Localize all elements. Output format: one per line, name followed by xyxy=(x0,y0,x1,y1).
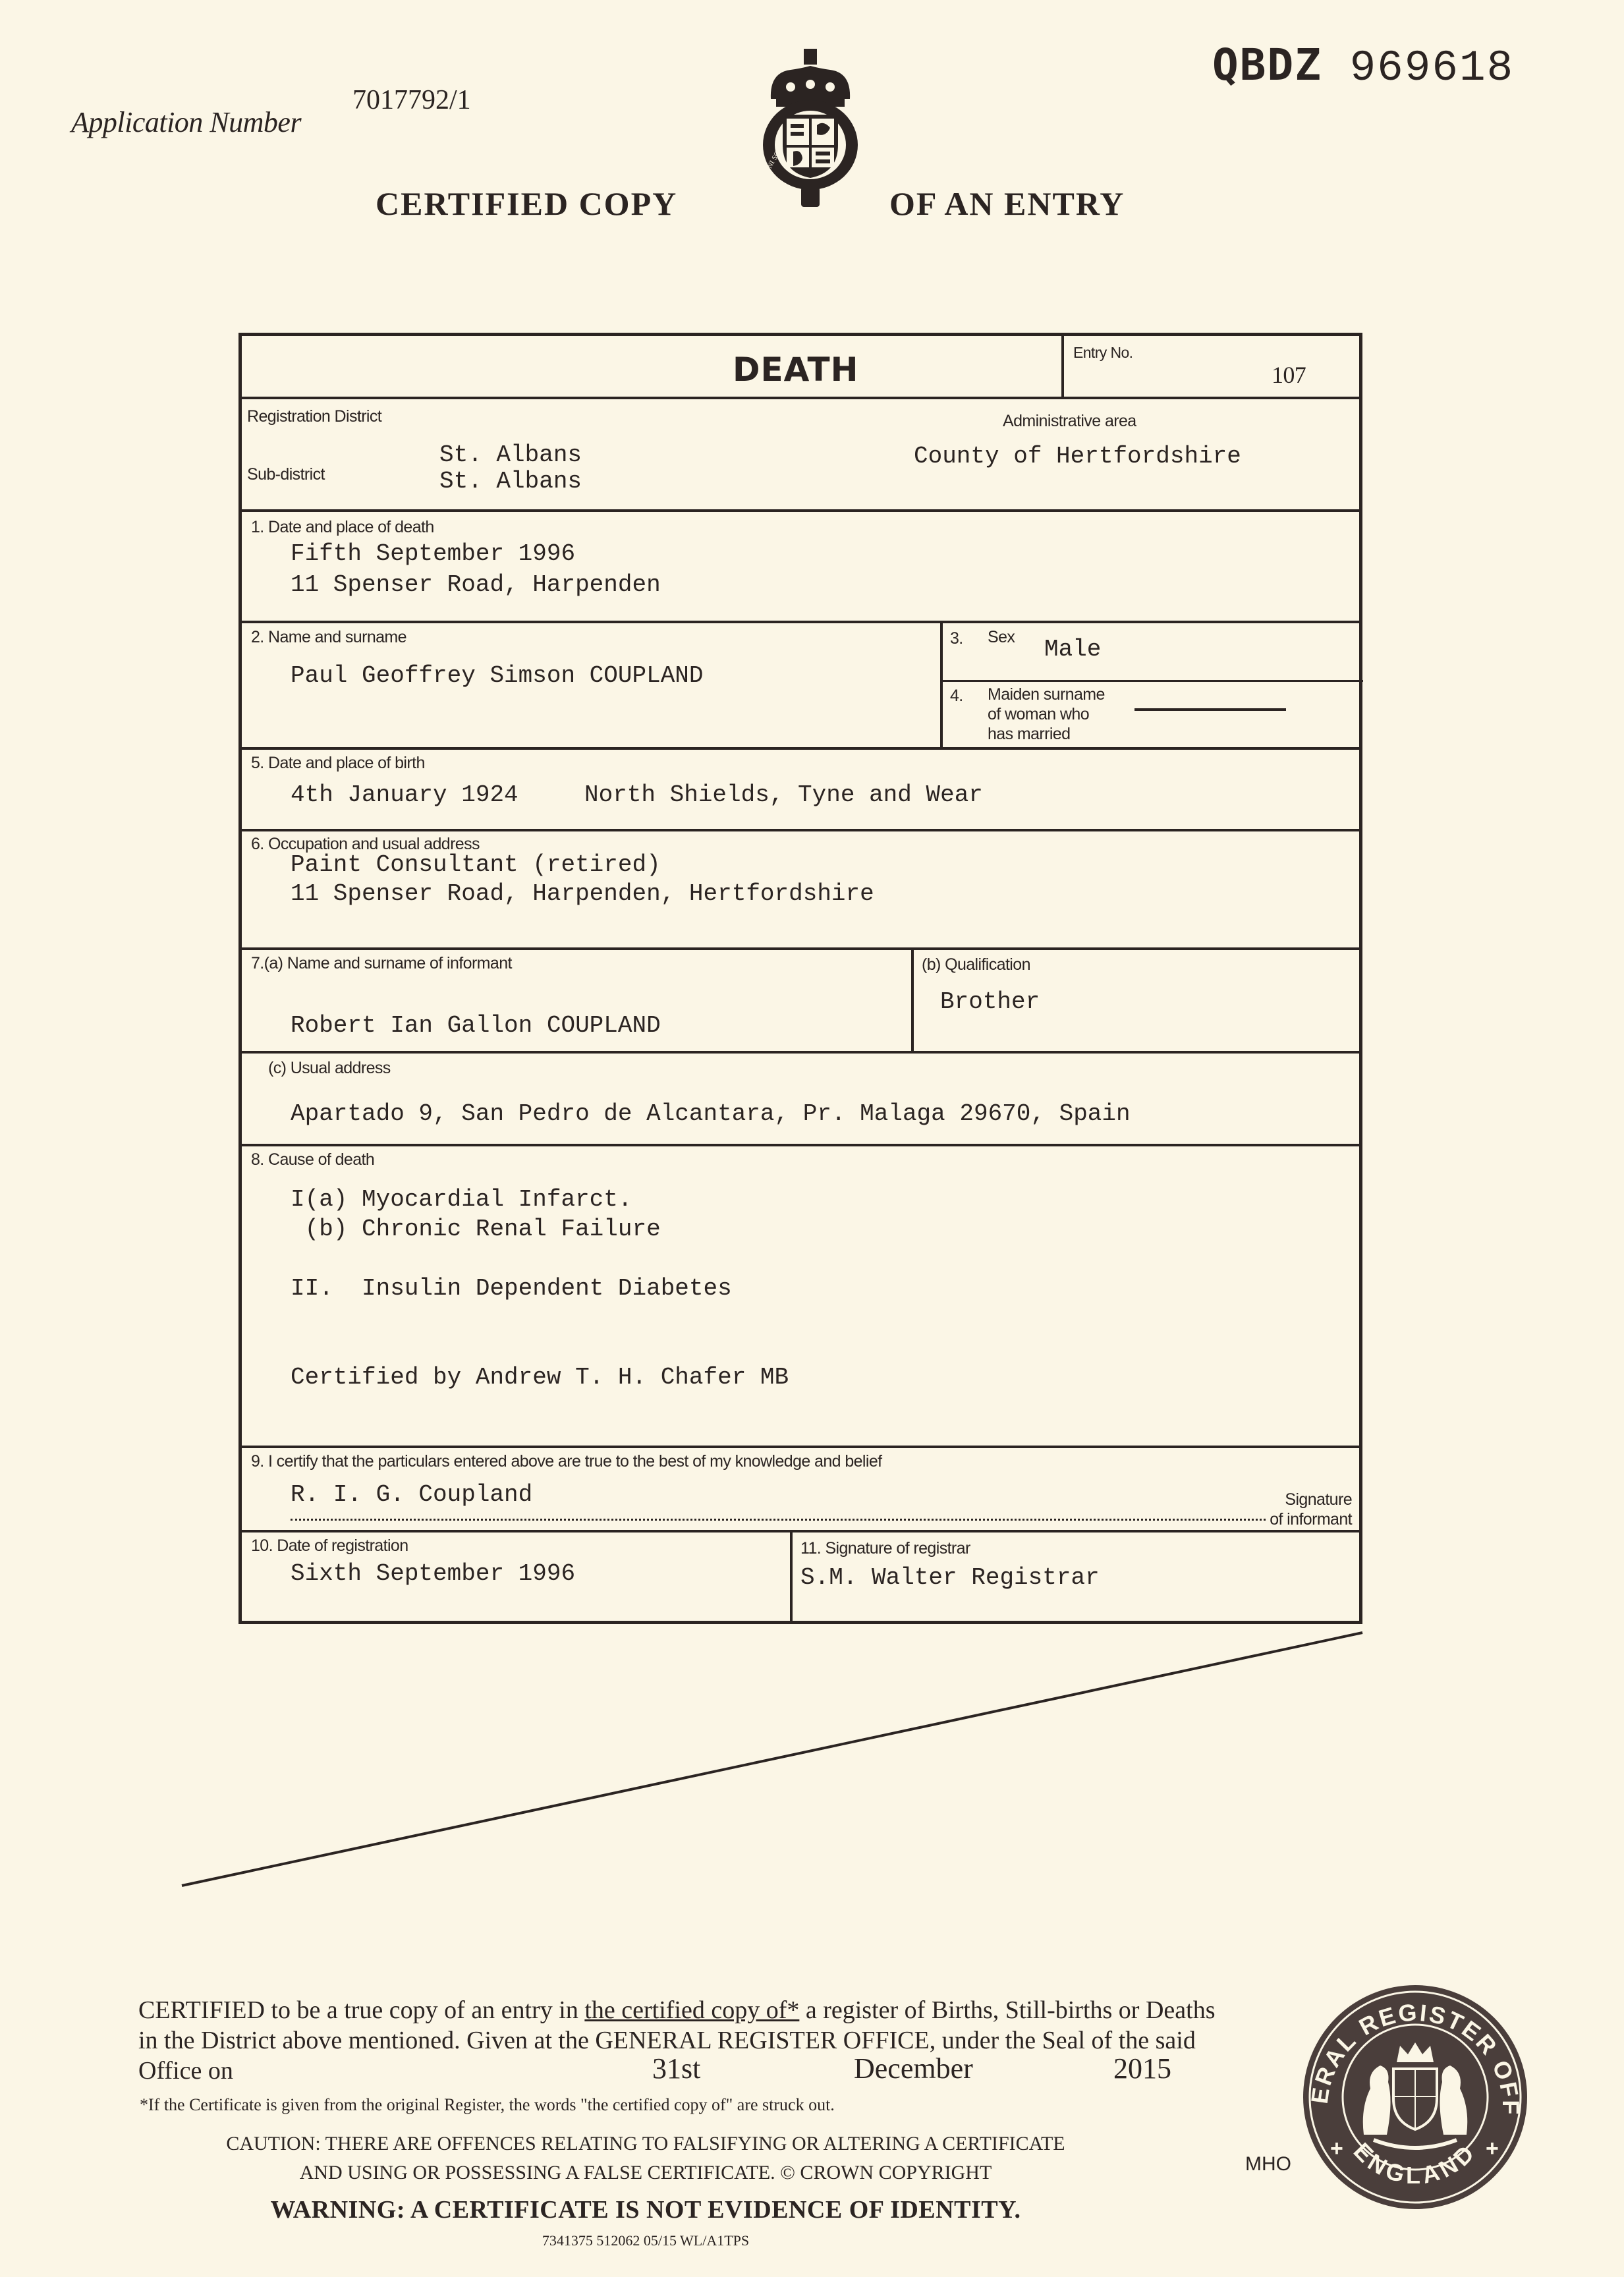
name-and-surname: Paul Geoffrey Simson COUPLAND xyxy=(291,662,704,689)
form-type-title: DEATH xyxy=(733,351,858,389)
sex-value: Male xyxy=(1044,636,1101,663)
certified-copy-title: CERTIFIED COPY xyxy=(376,184,677,223)
royal-crest-icon: HONI SOIT xyxy=(751,46,870,211)
informant-address: Apartado 9, San Pedro de Alcantara, Pr. … xyxy=(291,1100,1131,1127)
serial-digits: 969618 xyxy=(1350,43,1515,93)
usual-address: 11 Spenser Road, Harpenden, Hertfordshir… xyxy=(291,880,874,907)
field3-label: Sex xyxy=(988,628,1015,647)
field8-label: 8. Cause of death xyxy=(251,1150,374,1169)
field7a-label: 7.(a) Name and surname of informant xyxy=(251,954,512,973)
caution-line2: AND USING OR POSSESSING A FALSE CERTIFIC… xyxy=(138,2158,1153,2187)
sub-district-value: St. Albans xyxy=(439,468,582,495)
divider xyxy=(242,947,1362,950)
divider xyxy=(941,680,1363,682)
divider xyxy=(242,747,1362,750)
caution-line1: CAUTION: THERE ARE OFFENCES RELATING TO … xyxy=(138,2129,1153,2158)
registration-district-label: Registration District xyxy=(247,407,381,426)
entry-no-label: Entry No. xyxy=(1073,344,1133,362)
place-of-death: 11 Spenser Road, Harpenden xyxy=(291,571,661,598)
issue-month: December xyxy=(854,2052,973,2085)
field9-label: 9. I certify that the particulars entere… xyxy=(251,1452,882,1471)
sub-district-label: Sub-district xyxy=(247,465,325,484)
administrative-area-value: County of Hertfordshire xyxy=(914,443,1241,470)
registration-district-value: St. Albans xyxy=(439,441,582,468)
place-of-birth: North Shields, Tyne and Wear xyxy=(584,781,983,808)
certified-by: Certified by Andrew T. H. Chafer MB xyxy=(291,1364,789,1391)
cert-text-underlined: the certified copy of* xyxy=(584,1996,799,2024)
field5-label: 5. Date and place of birth xyxy=(251,754,425,773)
date-of-death: Fifth September 1996 xyxy=(291,540,575,567)
application-number-label: Application Number xyxy=(71,105,301,139)
field2-label: 2. Name and surname xyxy=(251,628,406,647)
field3-number: 3. xyxy=(950,629,963,648)
warning-notice: WARNING: A CERTIFICATE IS NOT EVIDENCE O… xyxy=(138,2195,1153,2224)
cause-of-death-1a: I(a) Myocardial Infarct. xyxy=(291,1186,632,1213)
divider xyxy=(242,509,1362,512)
field11-label: 11. Signature of registrar xyxy=(800,1539,970,1558)
field7b-label: (b) Qualification xyxy=(922,955,1030,974)
divider xyxy=(790,1531,793,1623)
general-register-office-seal-icon: GENERAL REGISTER OFFICE ENGLAND + + xyxy=(1301,1983,1529,2211)
svg-text:+: + xyxy=(1486,2136,1499,2161)
divider xyxy=(242,397,1362,399)
informant-signature: R. I. G. Coupland xyxy=(291,1481,532,1508)
field4-number: 4. xyxy=(950,687,963,706)
caution-notice: CAUTION: THERE ARE OFFENCES RELATING TO … xyxy=(138,2129,1153,2187)
divider xyxy=(242,621,1362,623)
informant-qualification: Brother xyxy=(940,988,1040,1015)
divider xyxy=(911,949,914,1052)
occupation: Paint Consultant (retired) xyxy=(291,851,661,878)
issue-day: 31st xyxy=(652,2052,700,2085)
field10-label: 10. Date of registration xyxy=(251,1536,408,1556)
registrar-signature: S.M. Walter Registrar xyxy=(800,1564,1100,1591)
death-entry-form: DEATH Entry No. 107 Registration Distric… xyxy=(238,333,1362,1624)
cause-of-death-2: II. Insulin Dependent Diabetes xyxy=(291,1275,732,1302)
officer-initials: MHO xyxy=(1245,2153,1291,2176)
informant-name: Robert Ian Gallon COUPLAND xyxy=(291,1012,661,1039)
divider xyxy=(242,1051,1362,1054)
divider xyxy=(242,1530,1362,1532)
serial-number: QBDZ 969618 xyxy=(1212,40,1514,93)
field4-label-line2: of woman who xyxy=(988,705,1089,724)
signature-label-line1: Signature xyxy=(1256,1490,1352,1509)
field4-label-line3: has married xyxy=(988,725,1070,744)
maiden-surname-blank-line xyxy=(1134,708,1286,711)
divider xyxy=(242,1144,1362,1146)
signature-label-line2: of informant xyxy=(1243,1510,1352,1529)
serial-prefix: QBDZ xyxy=(1212,40,1322,90)
divider xyxy=(940,622,943,747)
footnote: *If the Certificate is given from the or… xyxy=(140,2095,835,2115)
issue-year: 2015 xyxy=(1113,2052,1171,2085)
divider xyxy=(242,829,1362,831)
field7c-label: (c) Usual address xyxy=(268,1059,391,1078)
svg-text:+: + xyxy=(1330,2136,1343,2161)
divider xyxy=(242,1446,1362,1448)
administrative-area-label: Administrative area xyxy=(1003,412,1136,431)
date-of-birth: 4th January 1924 xyxy=(291,781,518,808)
application-number: 7017792/1 xyxy=(352,84,471,116)
field4-label-line1: Maiden surname xyxy=(988,685,1105,704)
cert-text-part1: CERTIFIED to be a true copy of an entry … xyxy=(138,1996,584,2024)
field1-label: 1. Date and place of death xyxy=(251,518,434,537)
entry-no-value: 107 xyxy=(1272,361,1306,389)
entry-no-divider xyxy=(1061,336,1064,397)
date-of-registration: Sixth September 1996 xyxy=(291,1560,575,1587)
form-code: 7341375 512062 05/15 WL/A1TPS xyxy=(138,2232,1153,2249)
of-an-entry-title: OF AN ENTRY xyxy=(889,184,1125,223)
cause-of-death-1b: (b) Chronic Renal Failure xyxy=(291,1216,661,1243)
signature-dotted-line xyxy=(291,1519,1266,1521)
